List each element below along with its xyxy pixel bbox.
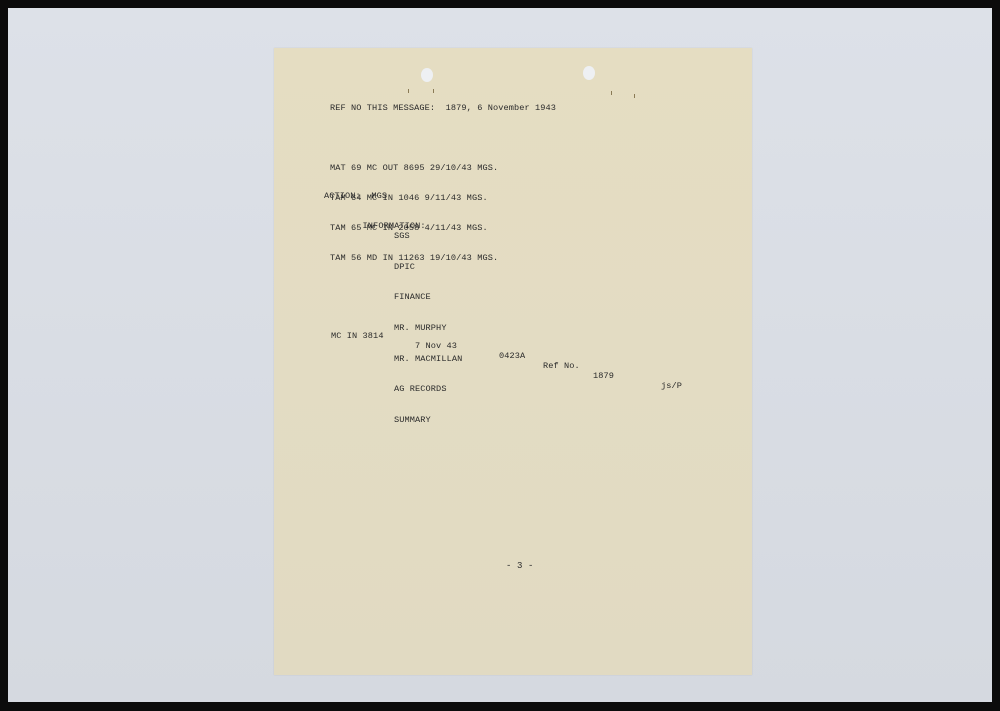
- margin-mark: [634, 94, 635, 98]
- footer-date: 7 Nov 43: [415, 341, 457, 351]
- information-item: MR. MACMILLAN: [394, 354, 462, 365]
- scan-background: REF NO THIS MESSAGE: 1879, 6 November 19…: [8, 8, 992, 702]
- footer-row: MC IN 3814 7 Nov 43 0423A Ref No. 1879 j…: [331, 321, 363, 401]
- footer-initials: js/P: [661, 381, 682, 391]
- footer-msg-in: MC IN 3814: [331, 331, 384, 341]
- information-item: FINANCE: [394, 292, 462, 303]
- margin-mark: [408, 89, 409, 93]
- message-entry: MAT 69 MC OUT 8695 29/10/43 MGS.: [330, 163, 498, 173]
- information-item: MR. MURPHY: [394, 323, 462, 334]
- information-item: DPIC: [394, 262, 462, 273]
- punch-hole: [583, 66, 595, 80]
- page-number: - 3 -: [506, 561, 534, 571]
- information-list: SGS DPIC FINANCE MR. MURPHY MR. MACMILLA…: [394, 211, 462, 446]
- information-item: SUMMARY: [394, 415, 462, 426]
- reference-line: REF NO THIS MESSAGE: 1879, 6 November 19…: [330, 103, 556, 113]
- document-page: REF NO THIS MESSAGE: 1879, 6 November 19…: [274, 48, 752, 675]
- action-line: ACTION: MGS: [324, 191, 387, 201]
- margin-mark: [433, 89, 434, 93]
- information-block: INFORMATION: SGS DPIC FINANCE MR. MURPHY…: [331, 211, 426, 251]
- footer-time: 0423A: [499, 351, 525, 361]
- footer-ref-no: 1879: [593, 371, 614, 381]
- margin-mark: [611, 91, 612, 95]
- punch-hole: [421, 68, 433, 82]
- information-item: AG RECORDS: [394, 384, 462, 395]
- footer-ref-label: Ref No.: [543, 361, 580, 371]
- information-item: SGS: [394, 231, 462, 242]
